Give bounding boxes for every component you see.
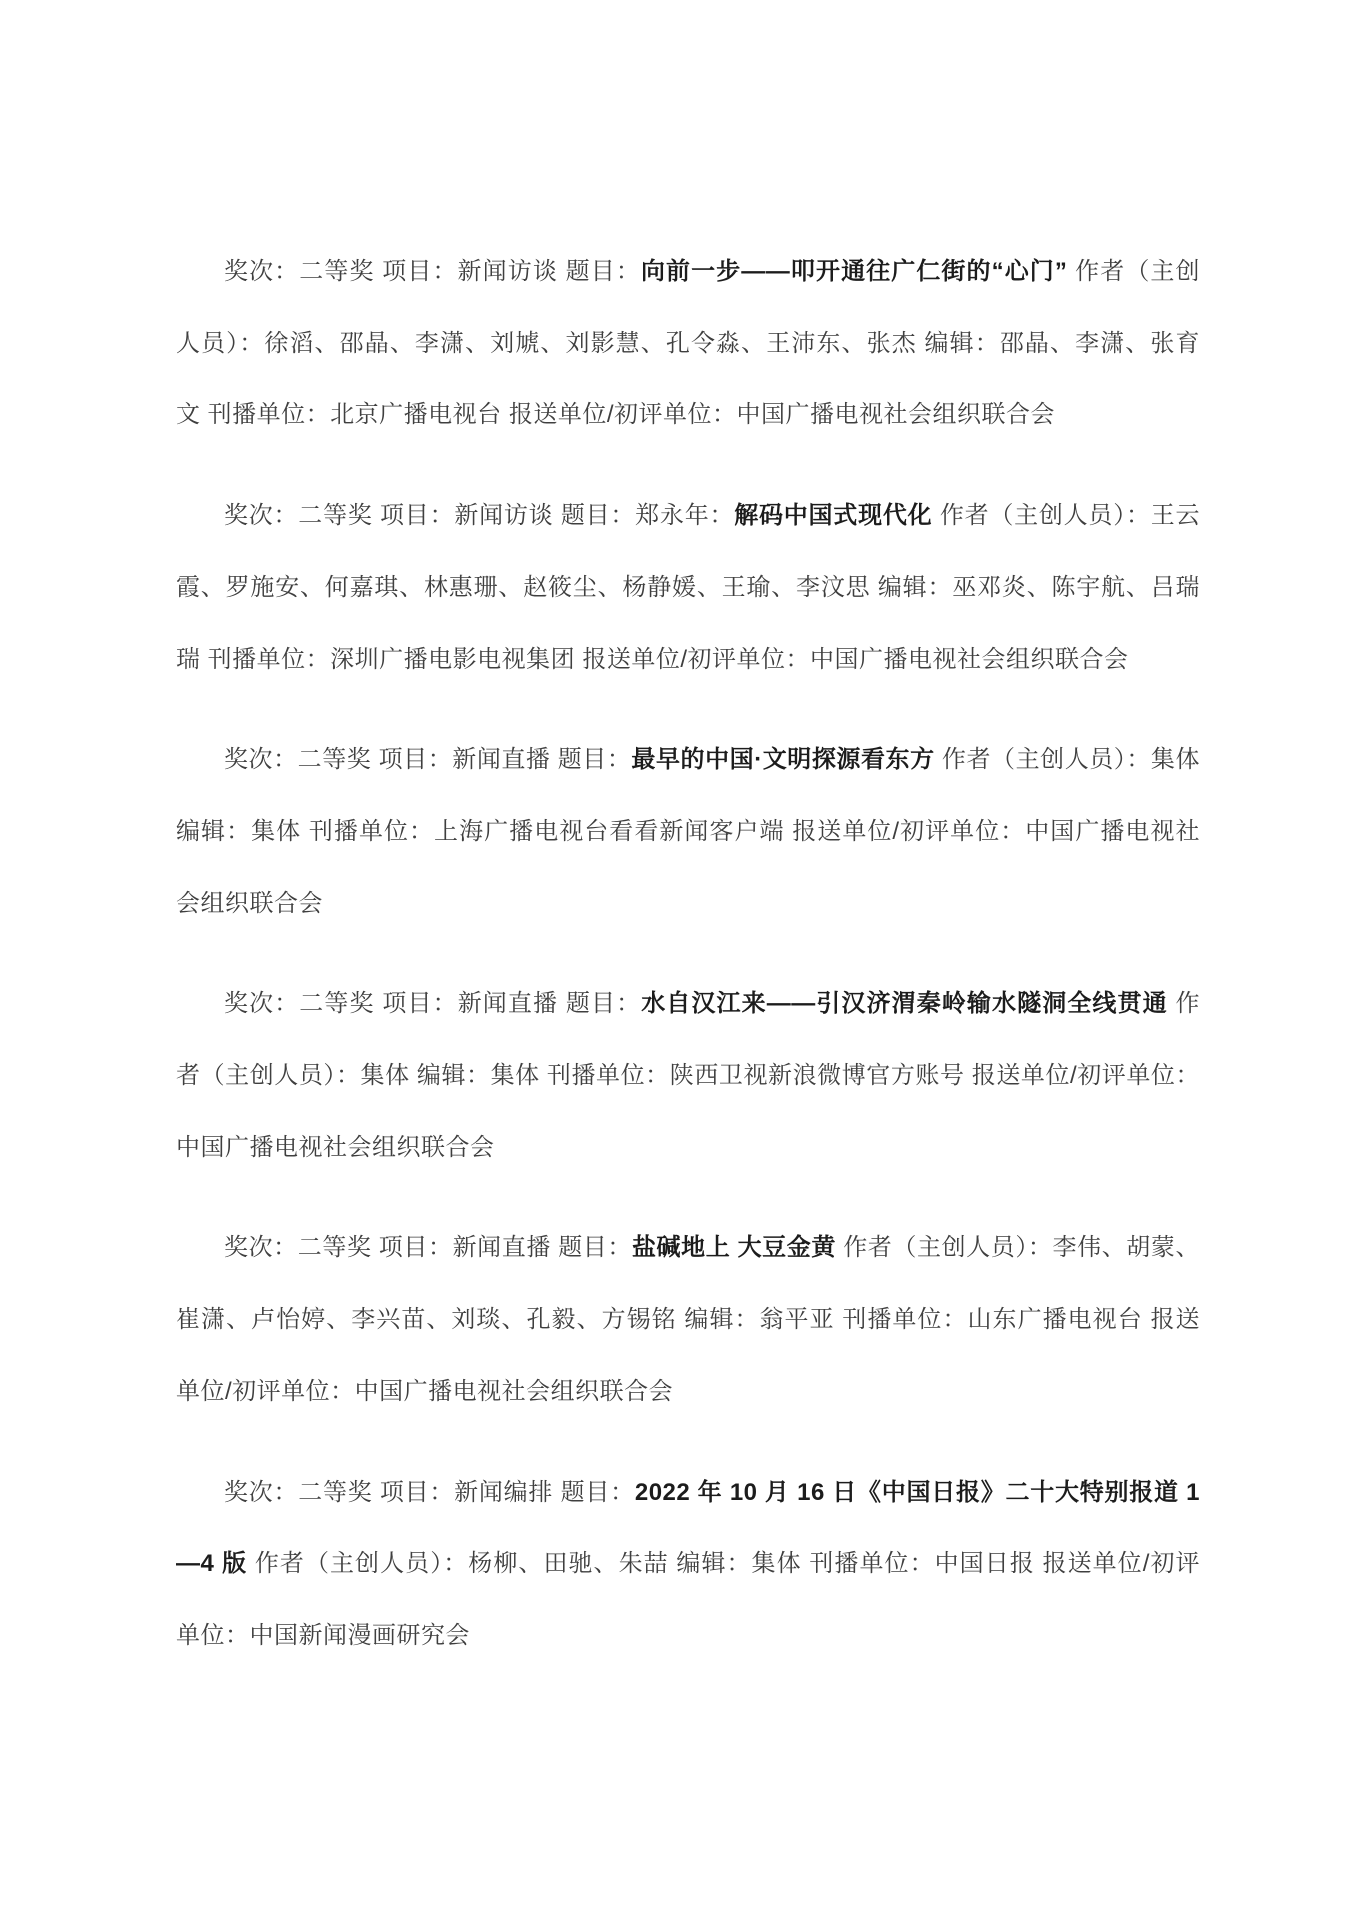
award-title: 水自汉江来——引汉济渭秦岭输水隧洞全线贯通	[641, 990, 1168, 1017]
award-entry: 奖次：二等奖 项目：新闻编排 题目：2022 年 10 月 16 日《中国日报》…	[176, 1457, 1200, 1672]
award-title: 向前一步——叩开通往广仁街的“心门”	[641, 258, 1067, 285]
document-page: 奖次：二等奖 项目：新闻访谈 题目：向前一步——叩开通往广仁街的“心门” 作者（…	[0, 0, 1350, 1910]
award-entry: 奖次：二等奖 项目：新闻直播 题目：水自汉江来——引汉济渭秦岭输水隧洞全线贯通 …	[176, 968, 1200, 1183]
award-fields-suffix: 作者（主创人员）：杨柳、田驰、朱喆 编辑：集体 刊播单位：中国日报 报送单位/初…	[176, 1550, 1200, 1649]
award-fields-prefix: 奖次：二等奖 项目：新闻直播 题目：	[224, 1234, 632, 1261]
award-entry: 奖次：二等奖 项目：新闻访谈 题目：郑永年：解码中国式现代化 作者（主创人员）：…	[176, 480, 1200, 695]
award-list: 奖次：二等奖 项目：新闻访谈 题目：向前一步——叩开通往广仁街的“心门” 作者（…	[176, 236, 1200, 1672]
award-fields-prefix: 奖次：二等奖 项目：新闻编排 题目：	[224, 1479, 635, 1506]
award-title: 盐碱地上 大豆金黄	[632, 1234, 836, 1261]
award-fields-prefix: 奖次：二等奖 项目：新闻访谈 题目：郑永年：	[224, 502, 734, 529]
award-fields-prefix: 奖次：二等奖 项目：新闻直播 题目：	[224, 746, 631, 773]
award-entry: 奖次：二等奖 项目：新闻直播 题目：盐碱地上 大豆金黄 作者（主创人员）：李伟、…	[176, 1212, 1200, 1427]
award-fields-prefix: 奖次：二等奖 项目：新闻访谈 题目：	[224, 258, 641, 285]
award-title: 解码中国式现代化	[734, 502, 932, 529]
award-entry: 奖次：二等奖 项目：新闻直播 题目：最早的中国·文明探源看东方 作者（主创人员）…	[176, 724, 1200, 939]
award-fields-prefix: 奖次：二等奖 项目：新闻直播 题目：	[224, 990, 641, 1017]
award-title: 最早的中国·文明探源看东方	[631, 746, 934, 773]
award-entry: 奖次：二等奖 项目：新闻访谈 题目：向前一步——叩开通往广仁街的“心门” 作者（…	[176, 236, 1200, 451]
